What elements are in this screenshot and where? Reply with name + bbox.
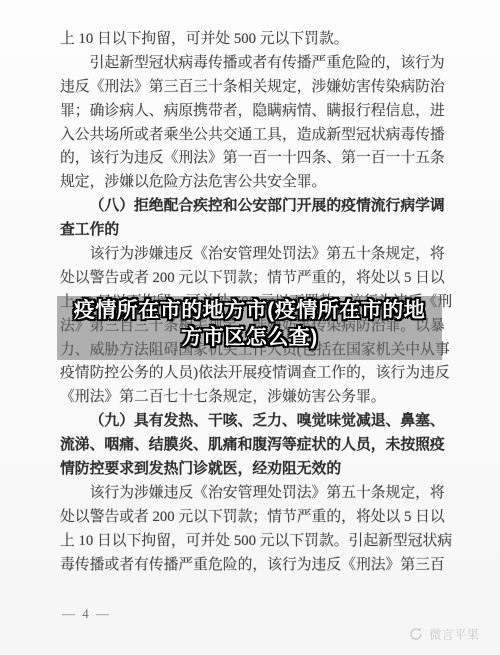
- text-line: 毒传播或者有传播严重危险的，该行为违反《刑法》第三百: [60, 554, 448, 578]
- page-number: — 4 —: [62, 606, 111, 622]
- text-line: 违反《刑法》第三百三十条相关规定，涉嫌妨害传染病防治: [60, 76, 448, 100]
- text-line: 《刑法》第二百七十七条规定，涉嫌妨害公务罪。: [60, 386, 448, 410]
- overlay-title: 疫情所在市的地方市(疫情所在市的地 方市区怎么查): [57, 297, 442, 351]
- overlay-title-line2: 方市区怎么查): [57, 324, 442, 351]
- text-line: 查工作的: [60, 219, 448, 243]
- watermark: 微言平果: [408, 625, 479, 643]
- watermark-text: 微言平果: [429, 625, 479, 643]
- text-line: （九）具有发热、干咳、乏力、嗅觉味觉减退、鼻塞、: [60, 410, 448, 434]
- text-line: 处以警告或者 200 元以下罚款；情节严重的，将处以 5 日以: [60, 506, 448, 530]
- text-line: （八）拒绝配合疾控和公安部门开展的疫情流行病学调: [60, 195, 448, 219]
- text-line: 上 10 日以下拘留，可并处 500 元以下罚款。引起新型冠状病: [60, 530, 448, 554]
- text-line: 该行为涉嫌违反《治安管理处罚法》第五十条规定，将: [60, 243, 448, 267]
- text-line: 规定，涉嫌以危险方法危害公共安全罪。: [60, 171, 448, 195]
- text-line: 流涕、咽痛、结膜炎、肌痛和腹泻等症状的人员，未按照疫: [60, 434, 448, 458]
- overlay-title-line1: 疫情所在市的地方市(疫情所在市的地: [57, 297, 442, 324]
- text-line: 入公共场所或者乘坐公共交通工具，造成新型冠状病毒传播: [60, 124, 448, 148]
- text-line: 上 10 日以下拘留，可并处 500 元以下罚款。: [60, 28, 448, 52]
- scanned-document-page: 上 10 日以下拘留，可并处 500 元以下罚款。引起新型冠状病毒传播或者有传播…: [0, 0, 500, 655]
- text-line: 的，该行为违反《刑法》第一百一十四条、第一百一十五条: [60, 147, 448, 171]
- swirl-logo-icon: [408, 626, 424, 642]
- text-line: 情防控要求到发热门诊就医，经劝阻无效的: [60, 458, 448, 482]
- text-line: 疫情防控公务的人员)依法开展疫情调查工作的，该行为违反: [60, 362, 448, 386]
- text-line: 引起新型冠状病毒传播或者有传播严重危险的，该行为: [60, 52, 448, 76]
- text-line: 罪；确诊病人、病原携带者，隐瞒病情、瞒报行程信息，进: [60, 100, 448, 124]
- text-line: 该行为涉嫌违反《治安管理处罚法》第五十条规定，将: [60, 482, 448, 506]
- text-line: 处以警告或者 200 元以下罚款；情节严重的，将处以 5 日以: [60, 267, 448, 291]
